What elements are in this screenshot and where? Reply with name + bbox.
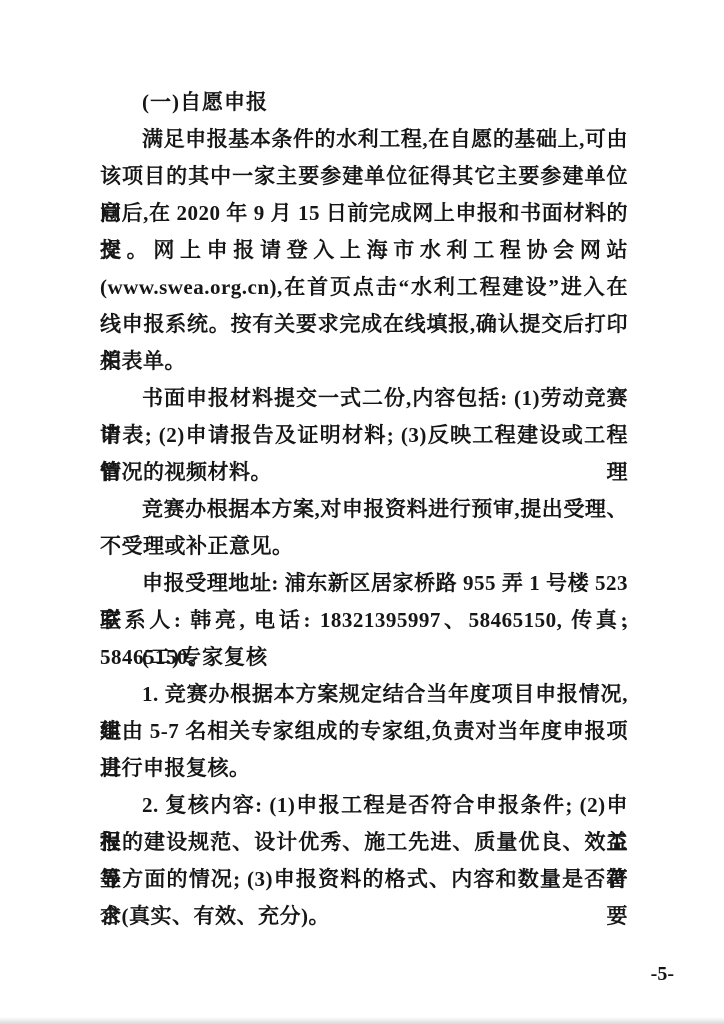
text-line: 书面申报材料提交一式二份,内容包括: (1)劳动竞赛申 <box>100 380 628 417</box>
text-line: 满足申报基本条件的水利工程,在自愿的基础上,可由 <box>100 121 628 158</box>
page-number: -5- <box>651 963 674 986</box>
text-line: 1. 竞赛办根据本方案规定结合当年度项目申报情况,组 <box>100 676 628 713</box>
text-line: 意后,在 2020 年 9 月 15 日前完成网上申报和书面材料的提 <box>100 195 628 232</box>
text-line: 交。网上申报请登入上海市水利工程协会网站 <box>100 232 628 269</box>
document-page: (一)自愿申报满足申报基本条件的水利工程,在自愿的基础上,可由该项目的其中一家主… <box>0 0 724 1024</box>
text-line: 程的建设规范、设计优秀、施工先进、质量优良、效益显著 <box>100 824 628 861</box>
text-line: 进行申报复核。 <box>100 750 628 787</box>
text-line: 2. 复核内容: (1)申报工程是否符合申报条件; (2)申报工 <box>100 787 628 824</box>
text-line: 联系人: 韩亮, 电话: 18321395997、58465150, 传真: 5… <box>100 602 628 639</box>
text-line: 等方面的情况; (3)申报资料的格式、内容和数量是否符合要 <box>100 861 628 898</box>
text-line: 该项目的其中一家主要参建单位征得其它主要参建单位同 <box>100 158 628 195</box>
text-body: (一)自愿申报满足申报基本条件的水利工程,在自愿的基础上,可由该项目的其中一家主… <box>100 84 628 935</box>
text-line: 建由 5-7 名相关专家组成的专家组,负责对当年度申报项目 <box>100 713 628 750</box>
text-line: (www.swea.org.cn),在首页点击“水利工程建设”进入在 <box>100 269 628 306</box>
text-line: 关表单。 <box>100 343 628 380</box>
text-line: 申报受理地址: 浦东新区居家桥路 955 弄 1 号楼 523 室, <box>100 565 628 602</box>
text-line: 请表; (2)申请报告及证明材料; (3)反映工程建设或工程管理 <box>100 417 628 454</box>
scan-edge <box>0 1017 724 1024</box>
text-line: 不受理或补正意见。 <box>100 528 628 565</box>
section-heading: (二)专家复核 <box>100 639 628 676</box>
section-heading: (一)自愿申报 <box>100 84 628 121</box>
text-line: 竞赛办根据本方案,对申报资料进行预审,提出受理、 <box>100 491 628 528</box>
text-line: 线申报系统。按有关要求完成在线填报,确认提交后打印相 <box>100 306 628 343</box>
